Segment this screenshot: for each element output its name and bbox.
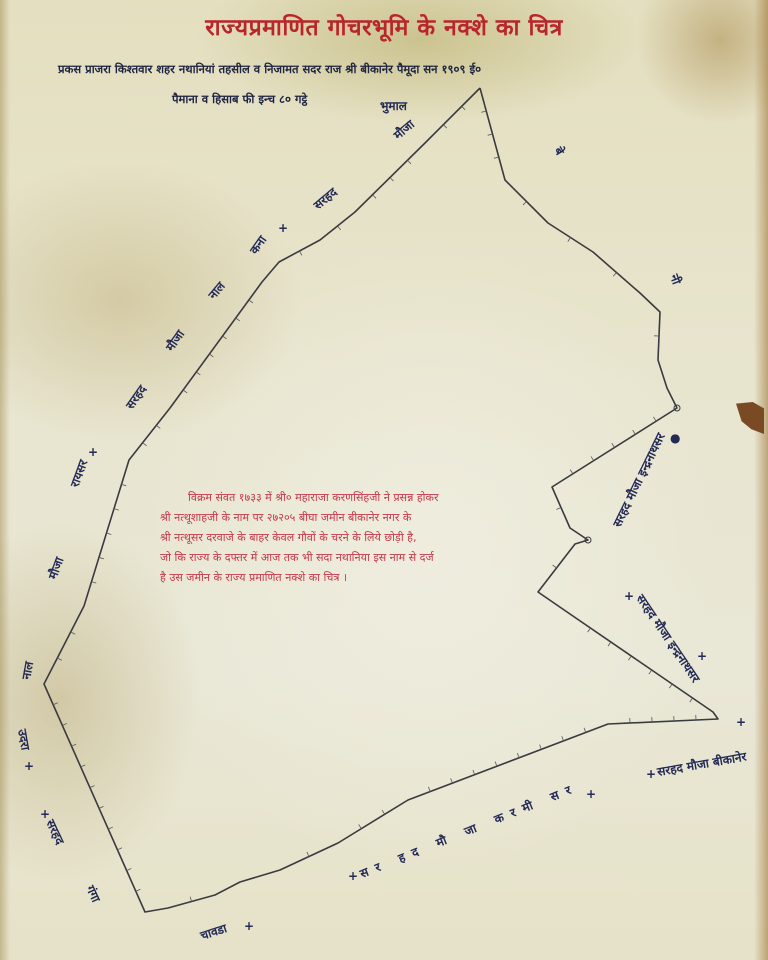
cross-mark: + (736, 715, 746, 729)
label-w-sarhad: सरहद (122, 382, 149, 412)
cross-mark: + (88, 445, 98, 459)
label-w-name: रायसर (67, 457, 90, 490)
cross-mark: + (278, 221, 288, 235)
label-e-sarhad-2: सरहद मौजा इन्द्रनाथसर (633, 591, 703, 686)
label-north-top: भुमाल (380, 99, 408, 114)
label-se-bikaner: सरहद मौजा बीकानेर (655, 749, 748, 779)
label-nw-mauza: मौजा (162, 327, 187, 355)
label-ne-1: बे (551, 144, 568, 159)
label-south-chavda: चावडा (198, 921, 230, 943)
cross-mark: + (244, 919, 254, 933)
note-line: जो कि राज्य के दफ्तर में आज तक भी सदा नथ… (160, 548, 500, 568)
label-sw-sarhad: सरहद (43, 816, 67, 847)
note-line: विक्रम संवत १७३३ में श्री० महाराजा करणसि… (160, 488, 500, 508)
dot-mark: ● (670, 431, 680, 445)
label-nw-sarhad: सरहद (310, 185, 340, 213)
cross-mark: + (348, 869, 358, 883)
label-nw-nal: नाल (205, 279, 228, 303)
note-line: श्री नत्थूसर दरवाजे के बाहर केवल गौवों क… (160, 528, 500, 548)
label-south-sarhad: सर हद मौ जा करमी सर (357, 780, 580, 881)
label-nw-kana: कना (246, 232, 269, 257)
label-w-2: मौजा (45, 554, 66, 582)
cross-mark: + (697, 649, 707, 663)
label-ne-2: नी (667, 271, 684, 287)
note-line: श्री नत्थूशाहजी के नाम पर २७२०५ बीघा जमी… (160, 508, 500, 528)
boundary-map: भुमाल मौजा बे नी सरहद + कना नाल मौजा सरह… (0, 0, 768, 960)
label-sw-1: उदरा (15, 727, 33, 752)
cross-mark: + (24, 759, 34, 773)
label-north-mauza: मौजा (390, 117, 418, 143)
cross-mark: + (40, 807, 50, 821)
label-w-3: नाल (19, 660, 36, 682)
cross-mark: + (646, 767, 656, 781)
cross-mark: + (586, 787, 596, 801)
note-line: है उस जमीन के राज्य प्रमाणित नक्शे का चि… (160, 568, 500, 588)
historical-note: विक्रम संवत १७३३ में श्री० महाराजा करणसि… (160, 488, 500, 588)
cross-mark: + (624, 589, 634, 603)
label-sw-3: गंगा (83, 882, 104, 905)
